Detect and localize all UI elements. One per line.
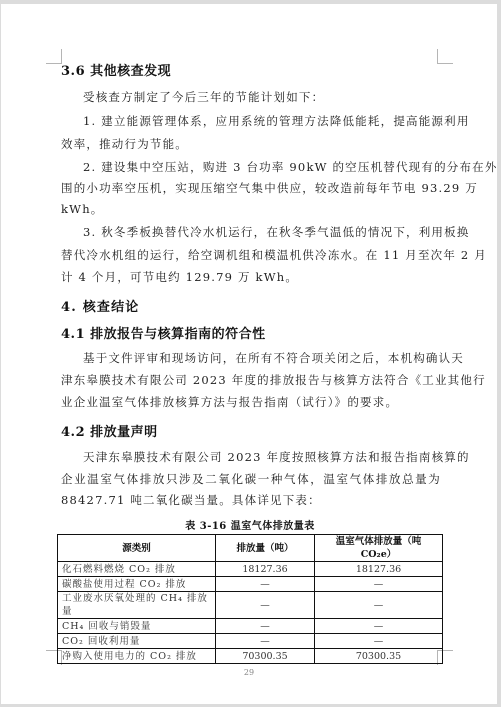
paragraph-line: 业企业温室气体排放核算方法与报告指南（试行）》的要求。: [61, 394, 441, 410]
paragraph-line: 2. 建设集中空压站，购进 3 台功率 90kW 的空压机替代现有的分布在外: [83, 159, 441, 175]
emission-cell: —: [216, 577, 315, 592]
co2e-cell: —: [315, 634, 443, 649]
emission-cell: 18127.36: [216, 562, 315, 577]
paragraph-line: 津东皋膜技术有限公司 2023 年度的排放报告与核算方法符合《工业其他行: [61, 372, 441, 388]
paragraph-line: 基于文件评审和现场访问，在所有不符合项关闭之后，本机构确认天: [83, 350, 441, 366]
section-heading-4: 4. 核查结论: [61, 300, 441, 316]
co2e-cell: —: [315, 577, 443, 592]
source-cell: 碳酸盐使用过程 CO₂ 排放: [58, 577, 216, 592]
section-heading-3-6: 3.6 其他核查发现: [61, 64, 441, 80]
emission-cell: —: [216, 592, 315, 619]
table-row: 碳酸盐使用过程 CO₂ 排放 — —: [58, 577, 443, 592]
paragraph-line: 1. 建立能源管理体系，应用系统的管理方法降低能耗，提高能源利用: [83, 113, 441, 129]
table-row: 工业废水厌氧处理的 CH₄ 排放量 — —: [58, 592, 443, 619]
section-heading-4-2: 4.2 排放量声明: [61, 425, 441, 441]
paragraph-line: 围的小功率空压机，实现压缩空气集中供应，较改造前每年节电 93.29 万: [61, 180, 441, 196]
table-caption: 表 3-16 温室气体排放量表: [57, 517, 443, 532]
table-header-row: 源类别 排放量（吨） 温室气体排放量（吨 CO₂e）: [58, 535, 443, 562]
paragraph-line: 计 4 个月，可节电约 129.79 万 kWh。: [61, 269, 441, 285]
table-row: 净购入使用电力的 CO₂ 排放 70300.35 70300.35: [58, 649, 443, 664]
emission-cell: —: [216, 634, 315, 649]
column-header-co2e: 温室气体排放量（吨 CO₂e）: [315, 535, 443, 562]
section-heading-4-1: 4.1 排放报告与核算指南的符合性: [61, 327, 441, 343]
emission-cell: —: [216, 619, 315, 634]
margin-corner-mark: [437, 49, 453, 64]
emission-cell: 70300.35: [216, 649, 315, 664]
paragraph-line: 效率，推动行为节能。: [61, 136, 441, 152]
source-cell: 化石燃料燃烧 CO₂ 排放: [58, 562, 216, 577]
source-cell: CO₂ 回收利用量: [58, 634, 216, 649]
paragraph-line: 88427.71 吨二氧化碳当量。具体详见下表：: [61, 492, 441, 508]
document-page: 3.6 其他核查发现 受核查方制定了今后三年的节能计划如下： 1. 建立能源管理…: [1, 4, 497, 704]
paragraph-line: 3. 秋冬季板换替代冷水机运行，在秋冬季气温低的情况下，利用板换: [83, 224, 441, 240]
table-row: 化石燃料燃烧 CO₂ 排放 18127.36 18127.36: [58, 562, 443, 577]
source-cell: 净购入使用电力的 CO₂ 排放: [58, 649, 216, 664]
co2e-cell: —: [315, 619, 443, 634]
paragraph-line: 替代冷水机组的运行，给空调机组和模温机供冷冻水。在 11 月至次年 2 月: [61, 247, 441, 263]
co2e-cell: 18127.36: [315, 562, 443, 577]
paragraph-line: 企业温室气体排放只涉及二氧化碳一种气体，温室气体排放总量为: [61, 471, 441, 487]
co2e-cell: 70300.35: [315, 649, 443, 664]
column-header-emission: 排放量（吨）: [216, 535, 315, 562]
paragraph-line: 天津东皋膜技术有限公司 2023 年度按照核算方法和报告指南核算的: [83, 449, 441, 465]
page-number: 29: [1, 668, 497, 677]
column-header-source: 源类别: [58, 535, 216, 562]
emissions-table: 源类别 排放量（吨） 温室气体排放量（吨 CO₂e） 化石燃料燃烧 CO₂ 排放…: [57, 534, 443, 664]
source-cell: 工业废水厌氧处理的 CH₄ 排放量: [58, 592, 216, 619]
margin-corner-mark: [46, 49, 62, 64]
table-row: CH₄ 回收与销毁量 — —: [58, 619, 443, 634]
source-cell: CH₄ 回收与销毁量: [58, 619, 216, 634]
co2e-cell: —: [315, 592, 443, 619]
paragraph-line: kWh。: [61, 201, 441, 217]
table-row: CO₂ 回收利用量 — —: [58, 634, 443, 649]
paragraph-line: 受核查方制定了今后三年的节能计划如下：: [83, 89, 441, 105]
